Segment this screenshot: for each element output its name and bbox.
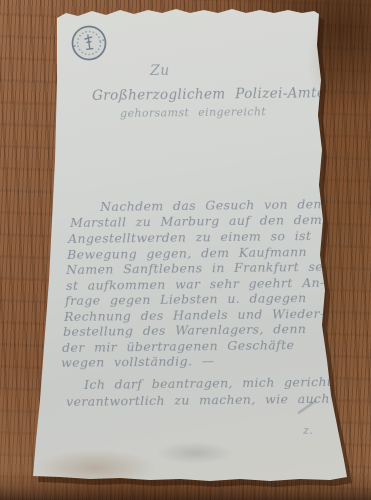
- heading-line-3: gehorsamst eingereicht: [120, 105, 266, 120]
- body-line: frage gegen Liebsten u. dagegen: [65, 290, 307, 308]
- body-line: wegen vollständig. —: [61, 353, 215, 370]
- body-line: Angestelltwerden zu einem so ist: [68, 228, 311, 246]
- heading-line-1: Zu: [150, 63, 170, 79]
- heading-line-2: Großherzoglichem Polizei-Amte: [92, 85, 325, 104]
- corner-mark: z.: [303, 424, 313, 437]
- round-seal-icon: [65, 19, 112, 66]
- closing-line: Ich darf beantragen, mich gerichtlich: [84, 374, 357, 392]
- body-line: Marstall zu Marburg auf den dem: [70, 212, 322, 230]
- body-line: bestellung des Warenlagers, denn: [63, 321, 306, 339]
- body-line: der mir übertragenen Geschäfte: [62, 337, 294, 355]
- photo-scene: Zu Großherzoglichem Polizei-Amte gehorsa…: [0, 0, 371, 500]
